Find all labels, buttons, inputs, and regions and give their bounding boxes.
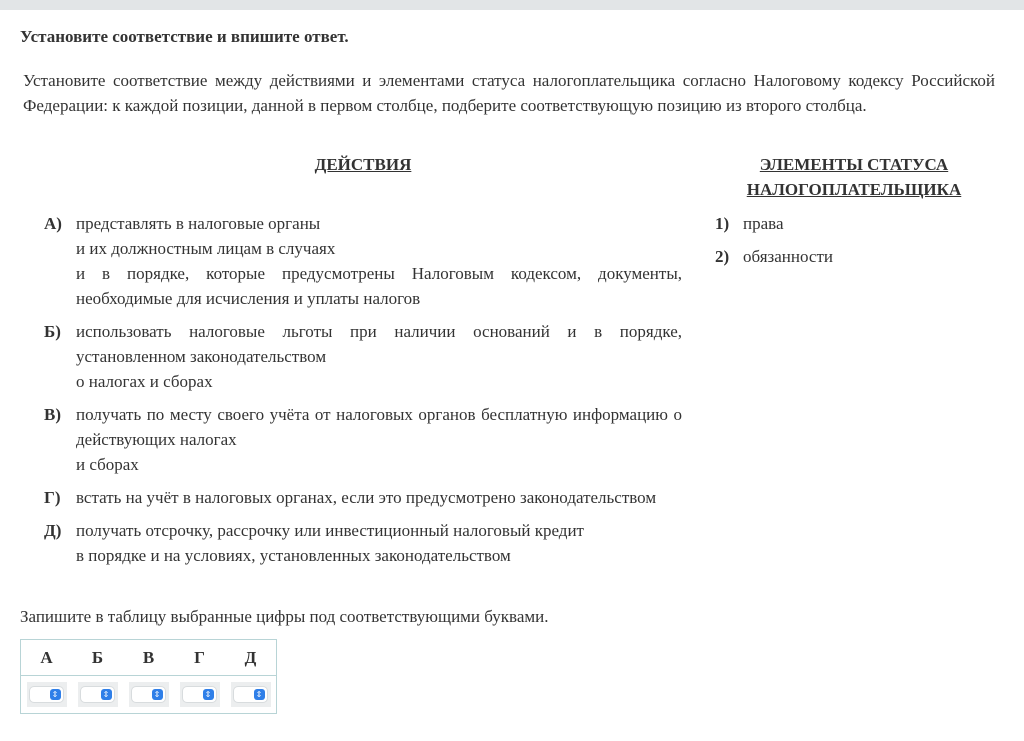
- action-label: Г): [44, 485, 76, 510]
- action-text: использовать налоговые льготы при наличи…: [76, 319, 682, 394]
- answer-instruction: Запишите в таблицу выбранные цифры под с…: [20, 604, 549, 629]
- action-item: Г)встать на учёт в налоговых органах, ес…: [44, 485, 682, 510]
- answer-select-4[interactable]: ⇕: [183, 687, 216, 702]
- action-label: Б): [44, 319, 76, 394]
- status-elements-list: 1)права2)обязанности: [715, 211, 995, 277]
- status-element-item: 1)права: [715, 211, 995, 236]
- action-label: А): [44, 211, 76, 311]
- action-label: Д): [44, 518, 76, 568]
- answer-select-1[interactable]: ⇕: [30, 687, 63, 702]
- action-text: представлять в налоговые органыи их долж…: [76, 211, 682, 311]
- action-text: получать отсрочку, рассрочку или инвести…: [76, 518, 682, 568]
- action-text: встать на учёт в налоговых органах, если…: [76, 485, 682, 510]
- up-down-chevron-icon: ⇕: [101, 689, 112, 700]
- answer-letter-header: Д: [225, 640, 277, 676]
- answer-letter-header: Б: [72, 640, 123, 676]
- top-bar: [0, 0, 1024, 10]
- up-down-chevron-icon: ⇕: [254, 689, 265, 700]
- answer-cell: ⇕: [21, 676, 73, 714]
- status-element-label: 1): [715, 211, 743, 236]
- answer-select-5[interactable]: ⇕: [234, 687, 267, 702]
- answer-letter-header: А: [21, 640, 73, 676]
- actions-heading: ДЕЙСТВИЯ: [23, 152, 703, 177]
- answer-letter-header: Г: [174, 640, 225, 676]
- answer-cell: ⇕: [72, 676, 123, 714]
- action-item: В)получать по месту своего учёта от нало…: [44, 402, 682, 477]
- actions-list: А)представлять в налоговые органыи их до…: [44, 211, 682, 576]
- up-down-chevron-icon: ⇕: [203, 689, 214, 700]
- answer-select-wrapper: ⇕: [129, 682, 169, 707]
- up-down-chevron-icon: ⇕: [152, 689, 163, 700]
- up-down-chevron-icon: ⇕: [50, 689, 61, 700]
- answer-select-wrapper: ⇕: [27, 682, 67, 707]
- status-element-text: права: [743, 211, 784, 236]
- status-element-text: обязанности: [743, 244, 833, 269]
- task-intro: Установите соответствие между действиями…: [23, 68, 995, 118]
- status-elements-heading: ЭЛЕМЕНТЫ СТАТУСА НАЛОГОПЛАТЕЛЬЩИКА: [720, 152, 988, 202]
- status-element-item: 2)обязанности: [715, 244, 995, 269]
- answer-select-3[interactable]: ⇕: [132, 687, 165, 702]
- action-item: А)представлять в налоговые органыи их до…: [44, 211, 682, 311]
- answer-select-wrapper: ⇕: [180, 682, 220, 707]
- task-title: Установите соответствие и впишите ответ.: [20, 27, 349, 47]
- answer-cell: ⇕: [174, 676, 225, 714]
- answer-select-wrapper: ⇕: [78, 682, 118, 707]
- answer-letter-header: В: [123, 640, 174, 676]
- answer-table: АБВГД ⇕⇕⇕⇕⇕: [20, 639, 277, 714]
- answer-select-wrapper: ⇕: [231, 682, 271, 707]
- action-text: получать по месту своего учёта от налого…: [76, 402, 682, 477]
- answer-cell: ⇕: [225, 676, 277, 714]
- status-element-label: 2): [715, 244, 743, 269]
- action-item: Б)использовать налоговые льготы при нали…: [44, 319, 682, 394]
- action-item: Д)получать отсрочку, рассрочку или инвес…: [44, 518, 682, 568]
- answer-cell: ⇕: [123, 676, 174, 714]
- action-label: В): [44, 402, 76, 477]
- answer-select-2[interactable]: ⇕: [81, 687, 114, 702]
